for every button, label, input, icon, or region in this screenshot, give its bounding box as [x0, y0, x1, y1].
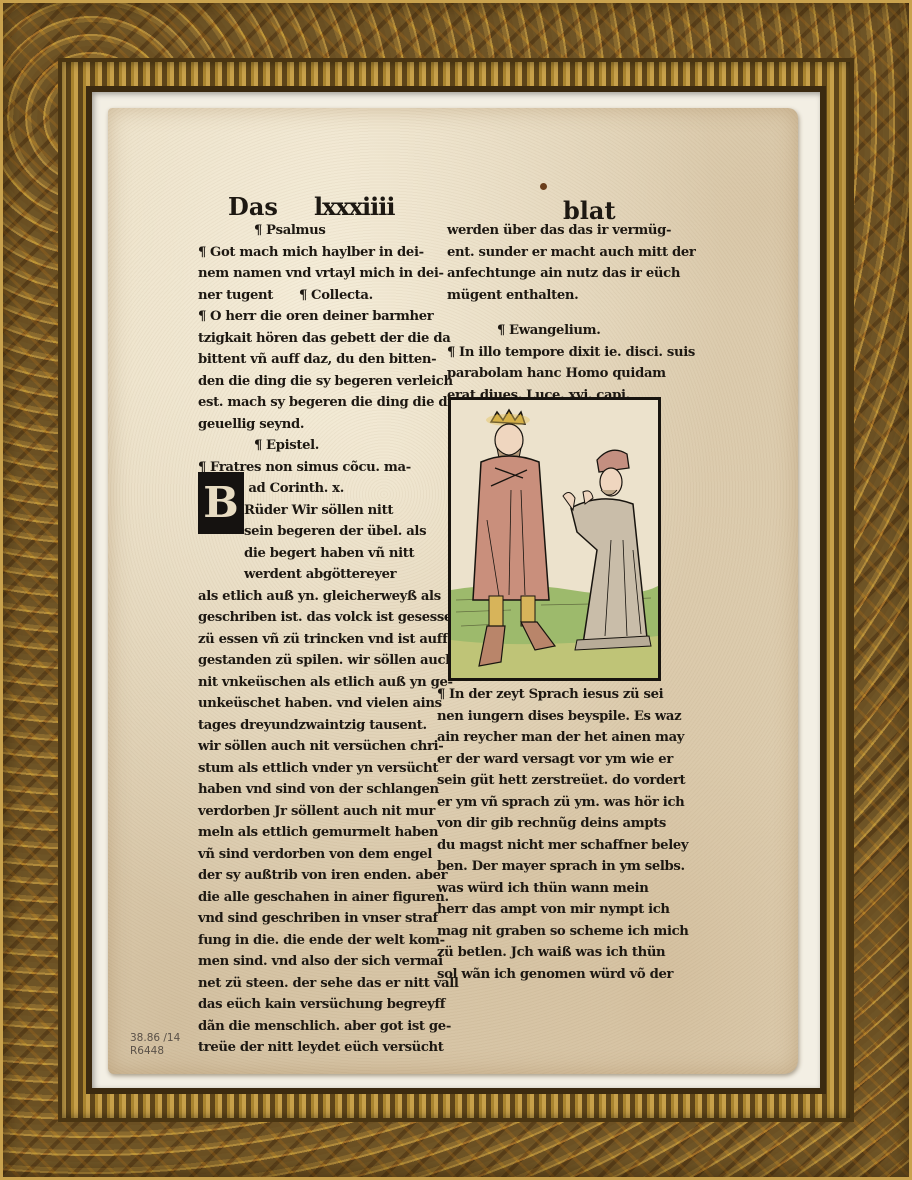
pilcrow-icon: ¶ [198, 245, 206, 260]
text-line: der sy außtrib von iren enden. aber [198, 865, 461, 887]
line-text: von dir gib rechnũg deins ampts [437, 816, 666, 831]
line-text: est. mach sy begeren die ding die dir [198, 395, 459, 410]
text-line: ner tugent¶Collecta. [198, 285, 461, 307]
line-text: der sy außtrib von iren enden. aber [198, 868, 447, 883]
text-line: die alle geschahen in ainer figuren. [198, 887, 461, 909]
text-line: die begert haben vñ nitt [198, 543, 461, 565]
line-text: dãn die menschlich. aber got ist ge- [198, 1019, 451, 1034]
text-line: sein güt hett zerstreüet. do vordert [437, 770, 689, 792]
line-text: meln als ettlich gemurmelt haben [198, 825, 438, 840]
line-text: ent. sunder er macht auch mitt der [447, 245, 695, 260]
line-text: tzigkait hören das gebett der die da [198, 331, 450, 346]
text-line: herr das ampt von mir nympt ich [437, 899, 689, 921]
text-line: nit vnkeüschen als etlich auß yn ge- [198, 672, 461, 694]
line-text: anfechtunge ain nutz das ir eüch [447, 266, 680, 281]
text-line: treüe der nitt leydet eüch versücht [198, 1037, 461, 1059]
line-text: nem namen vnd vrtayl mich in dei- [198, 266, 444, 281]
line-text: mügent enthalten. [447, 288, 578, 303]
line-text: als etlich auß yn. gleicherweyß als [198, 589, 441, 604]
line-text: Ewangelium. [509, 323, 600, 338]
text-line: nen iungern dises beyspile. Es waz [437, 706, 689, 728]
text-line: parabolam hanc Homo quidam [447, 363, 695, 385]
woodcut-king-and-steward-image [451, 400, 658, 678]
text-line: ben. Der mayer sprach in ym selbs. [437, 856, 689, 878]
text-line: wir söllen auch nit versüchen chri- [198, 736, 461, 758]
line-text: geschriben ist. das volck ist gesessen [198, 610, 461, 625]
text-line: nem namen vnd vrtayl mich in dei- [198, 263, 461, 285]
section-heading: ¶Epistel. [198, 435, 461, 457]
text-line: er ym vñ sprach zü ym. was hör ich [437, 792, 689, 814]
text-line: gestanden zü spilen. wir söllen auch [198, 650, 461, 672]
line-text: vnd sind geschriben in vnser straf [198, 911, 438, 926]
line-text: vñ sind verdorben von dem engel [198, 847, 432, 862]
text-line: unkeüschet haben. vnd vielen ains [198, 693, 461, 715]
line-text: sein begeren der übel. als [244, 524, 426, 539]
left-text-column: ¶Psalmus¶Got mach mich haylber in dei-ne… [198, 220, 461, 1059]
line-text: nen iungern dises beyspile. Es waz [437, 709, 681, 724]
text-line: haben vnd sind von der schlangen [198, 779, 461, 801]
line-text: sol wãn ich genomen würd võ der [437, 967, 673, 982]
text-line: ¶In der zeyt Sprach iesus zü sei [437, 684, 689, 706]
line-text: haben vnd sind von der schlangen [198, 782, 439, 797]
line-text: zü essen vñ zü trincken vnd ist auff [198, 632, 447, 647]
line-text: bittent vñ auff daz, du den bitten- [198, 352, 436, 367]
line-text: In der zeyt Sprach iesus zü sei [449, 687, 663, 702]
text-line: vnd sind geschriben in vnser straf [198, 908, 461, 930]
pilcrow-icon: ¶ [437, 687, 445, 702]
line-text: Rüder Wir söllen nitt [244, 503, 393, 518]
archive-pencil-mark: 38.86 /14 R6448 [130, 1032, 180, 1058]
text-line: tages dreyundzwaintzig tausent. [198, 715, 461, 737]
text-line: als etlich auß yn. gleicherweyß als [198, 586, 461, 608]
text-line: was würd ich thün wann mein [437, 878, 689, 900]
line-text: die begert haben vñ nitt [244, 546, 414, 561]
text-line: men sind. vnd also der sich vermai [198, 951, 461, 973]
text-line: werdent abgöttereyer [198, 564, 461, 586]
line-text: werden über das das ir vermüg- [447, 223, 671, 238]
pilcrow-icon: ¶ [447, 345, 455, 360]
line-text: ner tugent [198, 288, 273, 303]
text-line: das eüch kain versüchung begreyff [198, 994, 461, 1016]
text-line: ¶O herr die oren deiner barmher [198, 306, 461, 328]
line-text: unkeüschet haben. vnd vielen ains [198, 696, 442, 711]
text-line: werden über das das ir vermüg- [447, 220, 695, 242]
line-text: sein güt hett zerstreüet. do vordert [437, 773, 685, 788]
text-line: bittent vñ auff daz, du den bitten- [198, 349, 461, 371]
text-line: dãn die menschlich. aber got ist ge- [198, 1016, 461, 1038]
text-line: mügent enthalten. [447, 285, 695, 307]
decorated-initial: B [198, 472, 244, 534]
line-text: parabolam hanc Homo quidam [447, 366, 666, 381]
text-line: du magst nicht mer schaffner beley [437, 835, 689, 857]
folio-label-left: Das [228, 192, 278, 221]
archive-mark-line-2: R6448 [130, 1045, 180, 1058]
text-line: ¶In illo tempore dixit ie. disci. suis [447, 342, 695, 364]
text-line: von dir gib rechnũg deins ampts [437, 813, 689, 835]
line-text: er der ward versagt vor ym wie er [437, 752, 673, 767]
text-line: mag nit graben so scheme ich mich [437, 921, 689, 943]
text-line: tzigkait hören das gebett der die da [198, 328, 461, 350]
line-text: er ym vñ sprach zü ym. was hör ich [437, 795, 684, 810]
text-line: geuellig seynd. [198, 414, 461, 436]
text-line: geschriben ist. das volck ist gesessen [198, 607, 461, 629]
line-text: O herr die oren deiner barmher [210, 309, 433, 324]
line-text: Psalmus [266, 223, 325, 238]
text-line: verdorben Jr söllent auch nit mur [198, 801, 461, 823]
text-line: den die ding die sy begeren verleich [198, 371, 461, 393]
line-text: treüe der nitt leydet eüch versücht [198, 1040, 444, 1055]
section-heading: ¶Psalmus [198, 220, 461, 242]
line-text: zü betlen. Jch waiß was ich thün [437, 945, 665, 960]
text-line: sol wãn ich genomen würd võ der [437, 964, 689, 986]
text-line: net zü steen. der sehe das er nitt vall [198, 973, 461, 995]
line-text: men sind. vnd also der sich vermai [198, 954, 443, 969]
pilcrow-icon: ¶ [254, 223, 262, 238]
line-text: wir söllen auch nit versüchen chri- [198, 739, 443, 754]
text-line: er der ward versagt vor ym wie er [437, 749, 689, 771]
text-line: stum als ettlich vnder yn versücht [198, 758, 461, 780]
text-line: meln als ettlich gemurmelt haben [198, 822, 461, 844]
line-text: Epistel. [266, 438, 319, 453]
ink-spot [540, 183, 547, 190]
archive-mark-line-1: 38.86 /14 [130, 1032, 180, 1045]
pilcrow-icon: ¶ [497, 323, 505, 338]
line-text: In illo tempore dixit ie. disci. suis [459, 345, 695, 360]
line-text: net zü steen. der sehe das er nitt vall [198, 976, 459, 991]
text-line [447, 306, 695, 320]
line-text: was würd ich thün wann mein [437, 881, 648, 896]
line-text: nit vnkeüschen als etlich auß yn ge- [198, 675, 453, 690]
line-text: die alle geschahen in ainer figuren. [198, 890, 449, 905]
pilcrow-icon: ¶ [299, 288, 307, 303]
line-text: verdorben Jr söllent auch nit mur [198, 804, 435, 819]
text-line: fung in die. die ende der welt kom- [198, 930, 461, 952]
line-text: ben. Der mayer sprach in ym selbs. [437, 859, 685, 874]
folio-number: lxxxiiii [314, 192, 395, 221]
section-heading: ¶Ewangelium. [447, 320, 695, 342]
right-text-column-top: werden über das das ir vermüg-ent. sunde… [447, 220, 695, 406]
text-line: anfechtunge ain nutz das ir eüch [447, 263, 695, 285]
right-text-column-bottom: ¶In der zeyt Sprach iesus zü seinen iung… [437, 684, 689, 985]
pilcrow-icon: ¶ [198, 309, 206, 324]
line-text: das eüch kain versüchung begreyff [198, 997, 445, 1012]
text-line: est. mach sy begeren die ding die dir [198, 392, 461, 414]
line-text: fung in die. die ende der welt kom- [198, 933, 445, 948]
text-line: vñ sind verdorben von dem engel [198, 844, 461, 866]
line-text: den die ding die sy begeren verleich [198, 374, 453, 389]
section-heading: Collecta. [311, 288, 373, 303]
text-line: ¶Got mach mich haylber in dei- [198, 242, 461, 264]
line-text: gestanden zü spilen. wir söllen auch [198, 653, 454, 668]
line-text: ain reycher man der het ainen may [437, 730, 684, 745]
line-text: mag nit graben so scheme ich mich [437, 924, 689, 939]
line-text: stum als ettlich vnder yn versücht [198, 761, 438, 776]
text-line: zü essen vñ zü trincken vnd ist auff [198, 629, 461, 651]
pilcrow-icon: ¶ [254, 438, 262, 453]
text-line: ent. sunder er macht auch mitt der [447, 242, 695, 264]
line-text: tages dreyundzwaintzig tausent. [198, 718, 427, 733]
text-line: ain reycher man der het ainen may [437, 727, 689, 749]
line-text: du magst nicht mer schaffner beley [437, 838, 688, 853]
initial-letter: B [203, 482, 239, 524]
woodcut-illustration [448, 397, 661, 681]
line-text: herr das ampt von mir nympt ich [437, 902, 670, 917]
line-text: Got mach mich haylber in dei- [210, 245, 424, 260]
line-text: werdent abgöttereyer [244, 567, 396, 582]
text-line: zü betlen. Jch waiß was ich thün [437, 942, 689, 964]
line-text: geuellig seynd. [198, 417, 304, 432]
